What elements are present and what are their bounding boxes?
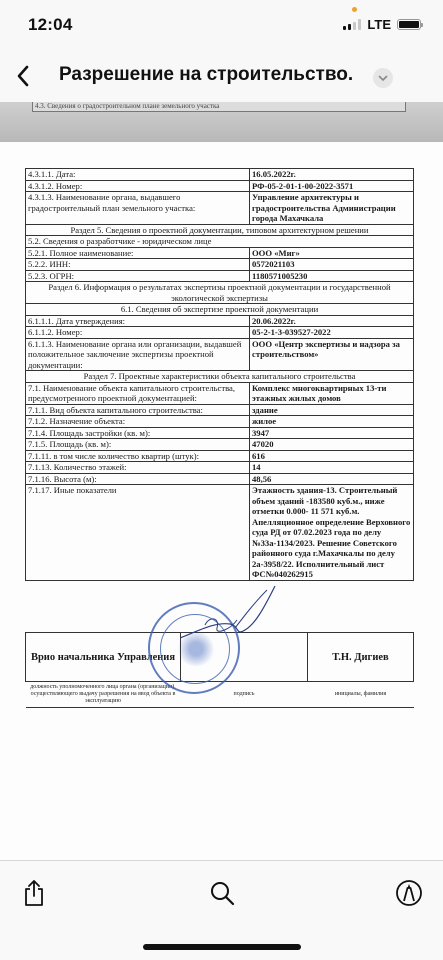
field-label: 4.3.1.3. Наименование органа, выдавшего … bbox=[26, 192, 250, 225]
field-label: 5.2.3. ОГРН: bbox=[26, 270, 250, 282]
status-time: 12:04 bbox=[28, 15, 72, 35]
table-row: 6.1.1.3. Наименование органа или организ… bbox=[26, 338, 414, 371]
field-value: РФ-05-2-01-1-00-2022-3571 bbox=[250, 180, 414, 192]
table-row: 4.3.1.3. Наименование органа, выдавшего … bbox=[26, 192, 414, 225]
field-label: 7.1.13. Количество этажей: bbox=[26, 462, 250, 474]
table-row: 7.1.17. Иные показателиЭтажность здания-… bbox=[26, 485, 414, 581]
section-heading-row: Раздел 7. Проектные характеристики объек… bbox=[26, 371, 414, 383]
title-menu-button[interactable] bbox=[373, 68, 393, 88]
markup-pen-icon bbox=[395, 879, 423, 907]
status-indicators: LTE bbox=[343, 17, 421, 32]
section-heading-row: 5.2. Сведения о разработчике - юридическ… bbox=[26, 236, 414, 248]
navigation-bar: Разрешение на строительство. bbox=[0, 50, 443, 102]
subsection-heading: 5.2. Сведения о разработчике - юридическ… bbox=[26, 236, 414, 248]
name-caption: инициалы, фамилия bbox=[308, 682, 414, 708]
signal-strength-icon bbox=[343, 19, 361, 30]
field-value: 0572021103 bbox=[250, 259, 414, 271]
document-title[interactable]: Разрешение на строительство. bbox=[59, 64, 353, 86]
table-row: 5.2.2. ИНН:0572021103 bbox=[26, 259, 414, 271]
table-row: 7.1.4. Площадь застройки (кв. м):3947 bbox=[26, 427, 414, 439]
table-row: 4.3.1.2. Номер:РФ-05-2-01-1-00-2022-3571 bbox=[26, 180, 414, 192]
pdf-viewer[interactable]: 4.3. Сведения о градостроительном плане … bbox=[0, 102, 443, 860]
field-label: 5.2.2. ИНН: bbox=[26, 259, 250, 271]
section-heading: Раздел 5. Сведения о проектной документа… bbox=[26, 224, 414, 236]
table-row: 6.1.1.1. Дата утверждения:20.06.2022г. bbox=[26, 315, 414, 327]
home-indicator[interactable] bbox=[143, 944, 301, 950]
field-value: 16.05.2022г. bbox=[250, 169, 414, 181]
section-heading-row: Раздел 5. Сведения о проектной документа… bbox=[26, 224, 414, 236]
field-label: 7.1.16. Высота (м): bbox=[26, 473, 250, 485]
section-heading-row: 6.1. Сведения об экспертизе проектной до… bbox=[26, 304, 414, 316]
field-value: 05-2-1-3-039527-2022 bbox=[250, 327, 414, 339]
back-button[interactable] bbox=[8, 60, 38, 92]
section-heading: Раздел 6. Информация о результатах экспе… bbox=[26, 282, 414, 304]
field-value: ООО «Центр экспертизы и надзора за строи… bbox=[250, 338, 414, 371]
field-label: 6.1.1.1. Дата утверждения: bbox=[26, 315, 250, 327]
table-row: 7.1.13. Количество этажей:14 bbox=[26, 462, 414, 474]
field-label: 4.3.1.2. Номер: bbox=[26, 180, 250, 192]
chevron-left-icon bbox=[16, 65, 30, 87]
field-label: 7.1. Наименование объекта капитального с… bbox=[26, 382, 250, 404]
table-row: 4.3.1.1. Дата:16.05.2022г. bbox=[26, 169, 414, 181]
field-value: ООО «Миг» bbox=[250, 247, 414, 259]
table-row: 7.1.1. Вид объекта капитального строител… bbox=[26, 404, 414, 416]
field-label: 7.1.17. Иные показатели bbox=[26, 485, 250, 581]
markup-button[interactable] bbox=[391, 875, 427, 911]
share-button[interactable] bbox=[16, 875, 52, 911]
field-label: 7.1.1. Вид объекта капитального строител… bbox=[26, 404, 250, 416]
field-label: 6.1.1.2. Номер: bbox=[26, 327, 250, 339]
table-row: 7.1. Наименование объекта капитального с… bbox=[26, 382, 414, 404]
field-label: 7.1.11. в том числе количество квартир (… bbox=[26, 450, 250, 462]
field-label: 7.1.4. Площадь застройки (кв. м): bbox=[26, 427, 250, 439]
search-button[interactable] bbox=[204, 875, 240, 911]
field-label: 4.3.1.1. Дата: bbox=[26, 169, 250, 181]
section-heading: Раздел 7. Проектные характеристики объек… bbox=[26, 371, 414, 383]
search-icon bbox=[209, 880, 235, 906]
network-type: LTE bbox=[367, 17, 391, 32]
field-value: 3947 bbox=[250, 427, 414, 439]
privacy-indicator-dot bbox=[352, 7, 357, 12]
field-label: 5.2.1. Полное наименование: bbox=[26, 247, 250, 259]
table-row: 7.1.11. в том числе количество квартир (… bbox=[26, 450, 414, 462]
previous-page-bottom: 4.3. Сведения о градостроительном плане … bbox=[0, 102, 443, 142]
field-value: 48,56 bbox=[250, 473, 414, 485]
field-value: Управление архитектуры и градостроительс… bbox=[250, 192, 414, 225]
table-row: 7.1.2. Назначение объекта:жилое bbox=[26, 416, 414, 428]
field-value: Комплекс многоквартирных 13-ти этажных ж… bbox=[250, 382, 414, 404]
field-value: здание bbox=[250, 404, 414, 416]
field-value: Этажность здания-13. Строительный объем … bbox=[250, 485, 414, 581]
field-value: 47020 bbox=[250, 439, 414, 451]
section-heading: 6.1. Сведения об экспертизе проектной до… bbox=[26, 304, 414, 316]
table-row: 7.1.16. Высота (м):48,56 bbox=[26, 473, 414, 485]
permit-details-table: 4.3.1.1. Дата:16.05.2022г.4.3.1.2. Номер… bbox=[25, 168, 414, 581]
field-label: 7.1.5. Площадь (кв. м): bbox=[26, 439, 250, 451]
table-row: 6.1.1.2. Номер:05-2-1-3-039527-2022 bbox=[26, 327, 414, 339]
bottom-toolbar bbox=[0, 860, 443, 960]
field-label: 6.1.1.3. Наименование органа или организ… bbox=[26, 338, 250, 371]
field-value: 20.06.2022г. bbox=[250, 315, 414, 327]
field-value: 616 bbox=[250, 450, 414, 462]
previous-page-text: 4.3. Сведения о градостроительном плане … bbox=[32, 102, 406, 112]
table-row: 5.2.3. ОГРН:1180571005230 bbox=[26, 270, 414, 282]
battery-icon bbox=[397, 19, 421, 30]
chevron-down-icon bbox=[378, 75, 388, 82]
field-value: 1180571005230 bbox=[250, 270, 414, 282]
table-row: 5.2.1. Полное наименование:ООО «Миг» bbox=[26, 247, 414, 259]
field-value: 14 bbox=[250, 462, 414, 474]
position-caption: должность уполномоченного лица органа (о… bbox=[26, 682, 181, 708]
signatory-name: Т.Н. Дигиев bbox=[308, 633, 414, 682]
section-heading-row: Раздел 6. Информация о результатах экспе… bbox=[26, 282, 414, 304]
table-row: 7.1.5. Площадь (кв. м):47020 bbox=[26, 439, 414, 451]
field-value: жилое bbox=[250, 416, 414, 428]
handwritten-signature bbox=[175, 580, 285, 650]
share-icon bbox=[22, 879, 46, 907]
status-bar: 12:04 LTE bbox=[0, 0, 443, 50]
field-label: 7.1.2. Назначение объекта: bbox=[26, 416, 250, 428]
